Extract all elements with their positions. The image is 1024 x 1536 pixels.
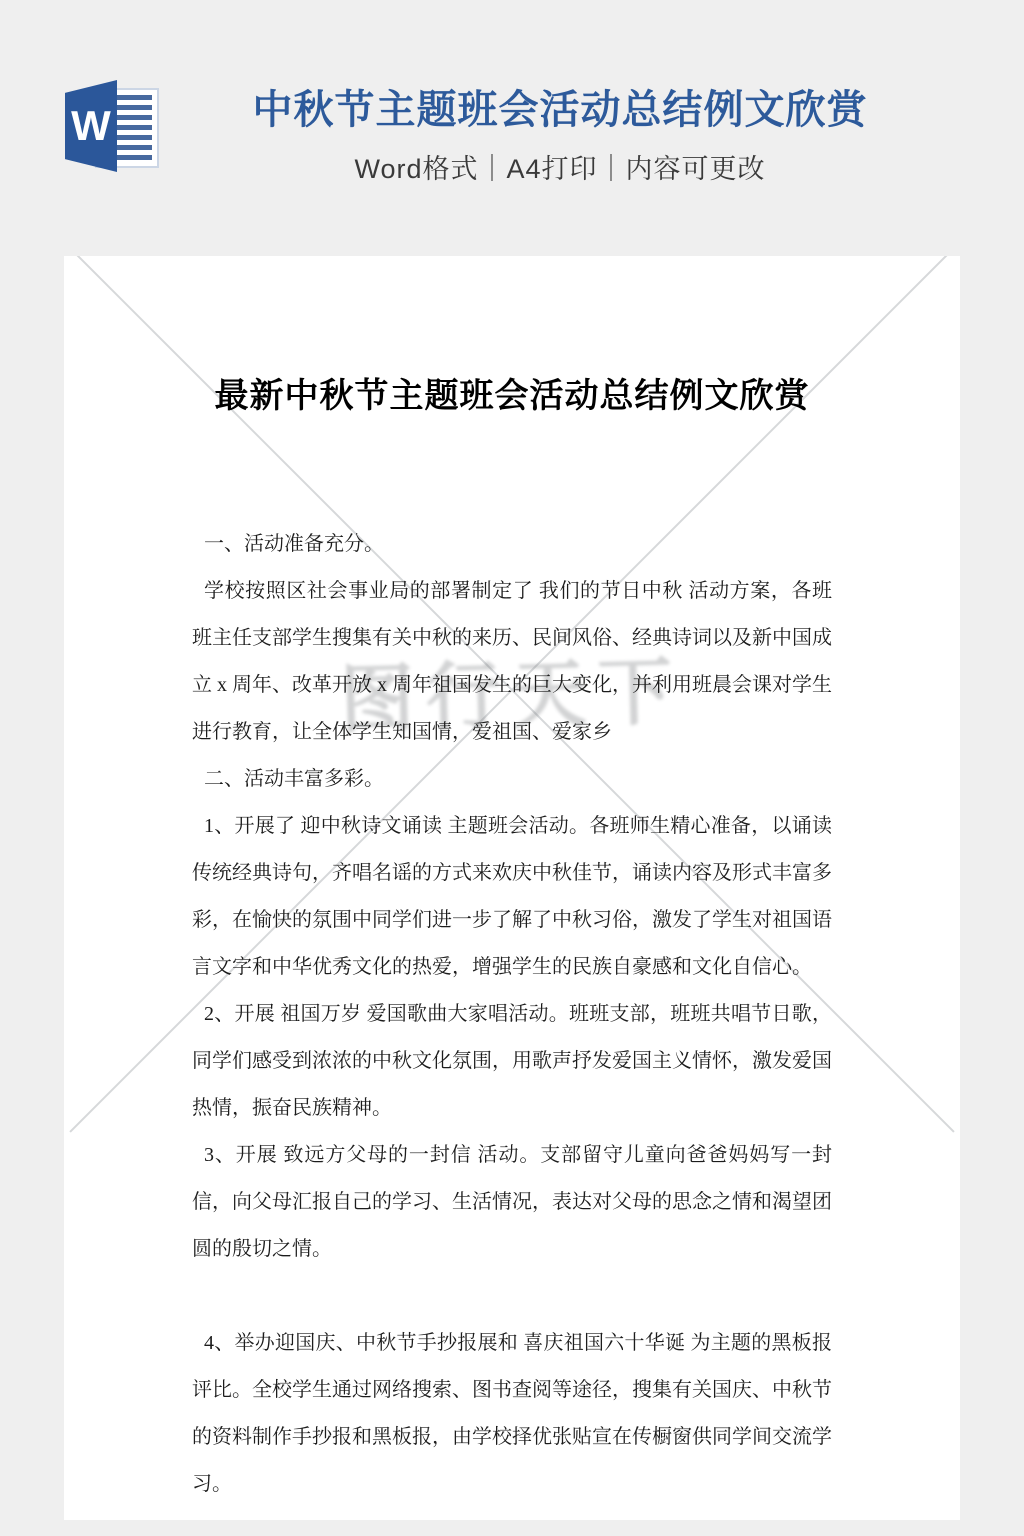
- header-text-block: 中秋节主题班会活动总结例文欣赏 Word格式｜A4打印｜内容可更改: [96, 86, 1024, 186]
- page-subtitle: Word格式｜A4打印｜内容可更改: [96, 147, 1024, 186]
- document-paragraph: 2、开展 祖国万岁 爱国歌曲大家唱活动。班班支部，班班共唱节日歌，同学们感受到浓…: [192, 991, 832, 1132]
- document-body: 一、活动准备充分。学校按照区社会事业局的部署制定了 我们的节日中秋 活动方案，各…: [64, 521, 960, 1508]
- document-paragraph: 二、活动丰富多彩。: [192, 756, 832, 803]
- page-canvas: W 中秋节主题班会活动总结例文欣赏 Word格式｜A4打印｜内容可更改 图行天下…: [0, 0, 1024, 1536]
- document-paragraph: 一、活动准备充分。: [192, 521, 832, 568]
- document-paragraph: 3、开展 致远方父母的一封信 活动。支部留守儿童向爸爸妈妈写一封信，向父母汇报自…: [192, 1132, 832, 1273]
- page-title: 中秋节主题班会活动总结例文欣赏: [96, 86, 1024, 134]
- document-paragraph: 学校按照区社会事业局的部署制定了 我们的节日中秋 活动方案，各班班主任支部学生搜…: [192, 568, 832, 756]
- header: W 中秋节主题班会活动总结例文欣赏 Word格式｜A4打印｜内容可更改: [0, 0, 1024, 256]
- document-paragraph: 1、开展了 迎中秋诗文诵读 主题班会活动。各班师生精心准备，以诵读传统经典诗句，…: [192, 803, 832, 991]
- document-page: 图行天下 最新中秋节主题班会活动总结例文欣赏 一、活动准备充分。学校按照区社会事…: [64, 256, 960, 1520]
- document-paragraph: 4、举办迎国庆、中秋节手抄报展和 喜庆祖国六十华诞 为主题的黑板报评比。全校学生…: [192, 1320, 832, 1508]
- document-title: 最新中秋节主题班会活动总结例文欣赏: [64, 368, 960, 417]
